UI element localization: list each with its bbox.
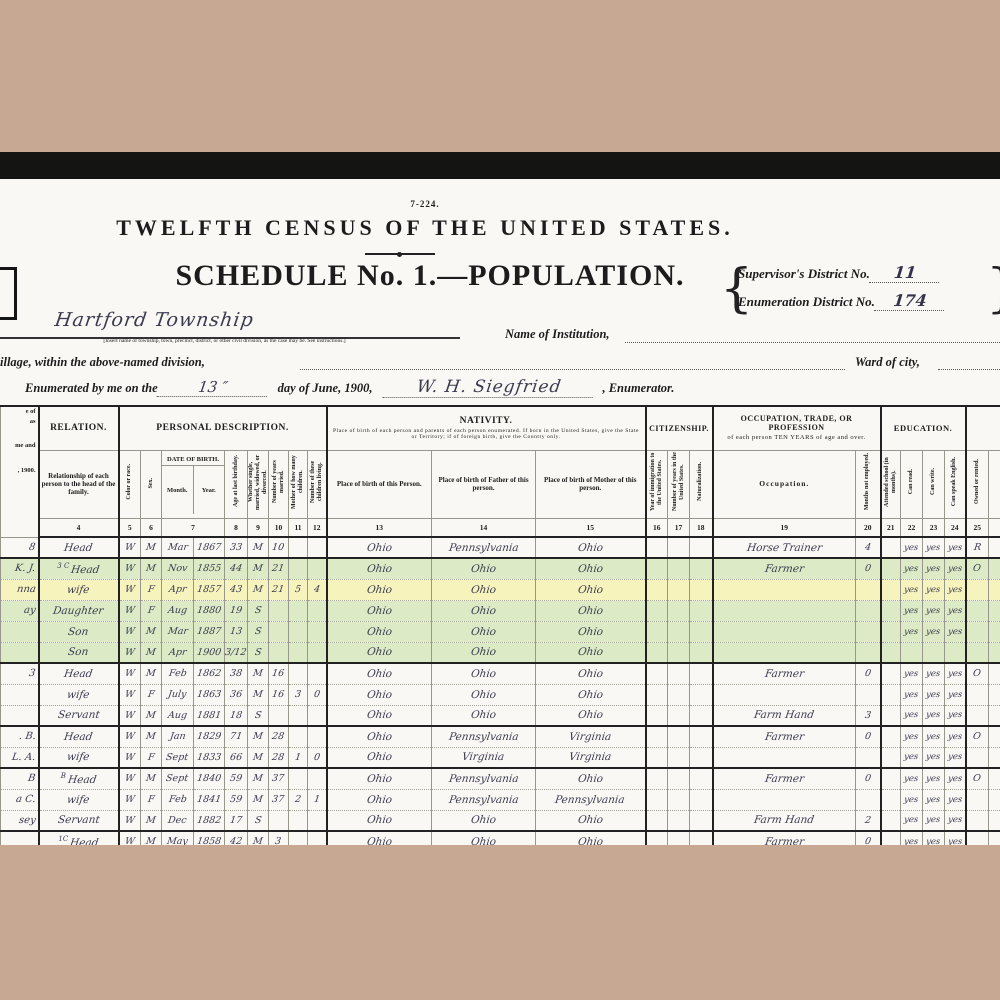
cell-years-in-us	[668, 726, 690, 747]
cell-marital: M	[248, 663, 269, 684]
cell-attended-school	[881, 705, 901, 726]
section-ownership-cut	[966, 406, 1000, 450]
scan-black-bar	[0, 152, 1000, 179]
cell-mother-of-children	[289, 537, 308, 558]
cell-can-speak: yes	[945, 810, 966, 831]
cell-marital: S	[248, 705, 269, 726]
cell-sex: F	[141, 747, 162, 768]
cell-color: W	[119, 600, 141, 621]
cell-cut	[989, 705, 1000, 726]
cell-months-unemployed: 3	[856, 705, 881, 726]
cell-mother-birthplace: Ohio	[536, 684, 646, 705]
cell-can-write	[923, 642, 945, 663]
cell-color: W	[119, 621, 141, 642]
cell-sex: M	[141, 663, 162, 684]
cell-birth-month: Mar	[162, 621, 194, 642]
col-num-19: 19	[713, 518, 856, 537]
cell-birthplace: Ohio	[327, 747, 432, 768]
cell-occupation	[713, 684, 856, 705]
cell-immigration-year	[646, 600, 668, 621]
cell-birth-year: 1840	[194, 768, 225, 789]
cell-name-fragment: 3	[1, 663, 39, 684]
cell-mother-of-children: 3	[289, 684, 308, 705]
cell-naturalization	[690, 684, 713, 705]
table-row: 3HeadWMFeb186238M16OhioOhioOhioFarmer0ye…	[1, 663, 1000, 684]
cell-birth-month: May	[162, 831, 194, 845]
enumerator-suffix: , Enumerator.	[602, 381, 674, 396]
cell-owned-rented	[966, 747, 989, 768]
cell-can-read: yes	[901, 831, 923, 845]
cell-birthplace: Ohio	[327, 600, 432, 621]
cell-marital: S	[248, 810, 269, 831]
cell-birth-year: 1867	[194, 537, 225, 558]
cell-marital: M	[248, 747, 269, 768]
cell-occupation: Horse Trainer	[713, 537, 856, 558]
cell-years-married: 3	[269, 831, 289, 845]
cell-birth-month: Feb	[162, 663, 194, 684]
col-header-can-speak-english: Can speak English.	[945, 450, 966, 518]
cell-birth-month: Nov	[162, 558, 194, 579]
cell-mother-of-children	[289, 810, 308, 831]
col-num-10: 10	[269, 518, 289, 537]
table-row: a C.wifeWFFeb184159M3721OhioPennsylvania…	[1, 789, 1000, 810]
cell-months-unemployed: 2	[856, 810, 881, 831]
cell-years-married: 28	[269, 747, 289, 768]
cell-birth-year: 1882	[194, 810, 225, 831]
cell-sex: M	[141, 831, 162, 845]
col-header-attended-school: Attended school (in months).	[881, 450, 901, 518]
cell-mother-birthplace: Ohio	[536, 663, 646, 684]
cell-naturalization	[690, 579, 713, 600]
cell-age: 71	[225, 726, 248, 747]
cell-birth-year: 1880	[194, 600, 225, 621]
col-header-mother-of-children: Mother of how many children.	[289, 450, 308, 518]
cell-naturalization	[690, 831, 713, 845]
cell-years-in-us	[668, 537, 690, 558]
cell-birthplace: Ohio	[327, 537, 432, 558]
cell-birthplace: Ohio	[327, 810, 432, 831]
enumeration-district-label: Enumeration District No.	[738, 294, 875, 310]
table-row: seyServantWMDec188217SOhioOhioOhioFarm H…	[1, 810, 1000, 831]
cell-can-write: yes	[923, 579, 945, 600]
cell-color: W	[119, 558, 141, 579]
cell-marital: S	[248, 642, 269, 663]
cell-attended-school	[881, 621, 901, 642]
cell-father-birthplace: Virginia	[432, 747, 536, 768]
cell-age: 3/12	[225, 642, 248, 663]
cell-can-speak: yes	[945, 768, 966, 789]
col-header-pob-father: Place of birth of Father of this person.	[432, 450, 536, 518]
cell-months-unemployed	[856, 621, 881, 642]
supervisor-district-value: 11	[869, 263, 941, 283]
cell-occupation: Farmer	[713, 768, 856, 789]
cell-occupation	[713, 642, 856, 663]
cell-birth-year: 1863	[194, 684, 225, 705]
cell-age: 59	[225, 789, 248, 810]
cell-can-write: yes	[923, 684, 945, 705]
cell-occupation: Farmer	[713, 726, 856, 747]
cell-years-married	[269, 705, 289, 726]
cell-relation: wife	[39, 747, 119, 768]
cell-marital: S	[248, 600, 269, 621]
cell-naturalization	[690, 726, 713, 747]
cell-birth-year: 1900	[194, 642, 225, 663]
col-num-12: 12	[308, 518, 327, 537]
form-number: 7-224.	[0, 199, 850, 209]
col-header-color: Color or race.	[119, 450, 141, 518]
cell-relation: wife	[39, 579, 119, 600]
cell-naturalization	[690, 768, 713, 789]
cell-immigration-year	[646, 663, 668, 684]
cell-naturalization	[690, 558, 713, 579]
col-header-marital: Whether single, married, widowed, or div…	[248, 450, 269, 518]
cell-months-unemployed	[856, 684, 881, 705]
col-header-month: Month.	[162, 487, 193, 494]
cell-cut	[989, 621, 1000, 642]
cell-occupation: Farm Hand	[713, 705, 856, 726]
cell-attended-school	[881, 684, 901, 705]
col-num-21: 21	[881, 518, 901, 537]
cell-father-birthplace: Pennsylvania	[432, 789, 536, 810]
cell-cut	[989, 768, 1000, 789]
table-row: BBHeadWMSept184059M37OhioPennsylvaniaOhi…	[1, 768, 1000, 789]
table-row: wifeWFJuly186336M1630OhioOhioOhioyesyesy…	[1, 684, 1000, 705]
col-num-9: 9	[248, 518, 269, 537]
cell-can-read: yes	[901, 621, 923, 642]
cell-relation: 3 CHead	[39, 558, 119, 579]
cell-age: 18	[225, 705, 248, 726]
col-num-14: 14	[432, 518, 536, 537]
enumerator-name: W. H. Siegfried	[383, 377, 596, 398]
cell-children-living	[308, 558, 327, 579]
scanned-census-page: 7-224. TWELFTH CENSUS OF THE UNITED STAT…	[0, 0, 1000, 1000]
cell-birth-year: 1881	[194, 705, 225, 726]
col-num-17: 17	[668, 518, 690, 537]
cell-owned-rented: O	[966, 663, 989, 684]
cell-mother-of-children	[289, 663, 308, 684]
census-document: 7-224. TWELFTH CENSUS OF THE UNITED STAT…	[0, 179, 1000, 845]
cell-cut	[989, 810, 1000, 831]
cell-years-married	[269, 621, 289, 642]
cell-age: 43	[225, 579, 248, 600]
cell-naturalization	[690, 747, 713, 768]
cell-naturalization	[690, 789, 713, 810]
cell-sex: M	[141, 537, 162, 558]
cell-years-married: 37	[269, 789, 289, 810]
cell-children-living: 0	[308, 684, 327, 705]
cell-owned-rented: O	[966, 726, 989, 747]
cell-immigration-year	[646, 621, 668, 642]
cell-months-unemployed: 0	[856, 768, 881, 789]
cell-marital: S	[248, 621, 269, 642]
cell-birthplace: Ohio	[327, 642, 432, 663]
col-header-relation-sub: Relationship of each person to the head …	[39, 450, 119, 518]
cell-years-in-us	[668, 642, 690, 663]
cell-color: W	[119, 684, 141, 705]
cell-can-speak: yes	[945, 537, 966, 558]
cell-can-write: yes	[923, 810, 945, 831]
cell-years-married: 16	[269, 684, 289, 705]
cell-months-unemployed: 0	[856, 558, 881, 579]
cell-years-married	[269, 600, 289, 621]
cell-cut	[989, 663, 1000, 684]
cell-owned-rented	[966, 789, 989, 810]
cell-age: 36	[225, 684, 248, 705]
cell-can-speak: yes	[945, 789, 966, 810]
cell-years-married: 21	[269, 579, 289, 600]
cell-mother-birthplace: Ohio	[536, 579, 646, 600]
cell-years-married: 28	[269, 726, 289, 747]
table-row: . B.HeadWMJan182971M28OhioPennsylvaniaVi…	[1, 726, 1000, 747]
cell-father-birthplace: Ohio	[432, 642, 536, 663]
cell-attended-school	[881, 747, 901, 768]
cell-mother-birthplace: Pennsylvania	[536, 789, 646, 810]
cell-birthplace: Ohio	[327, 558, 432, 579]
table-row: nnawifeWFApr185743M2154OhioOhioOhioyesye…	[1, 579, 1000, 600]
cell-can-speak: yes	[945, 579, 966, 600]
cell-owned-rented	[966, 579, 989, 600]
supervisor-district-label: Supervisor's District No.	[738, 266, 870, 282]
cell-children-living	[308, 621, 327, 642]
cell-age: 33	[225, 537, 248, 558]
cell-can-read: yes	[901, 579, 923, 600]
cell-name-fragment	[1, 831, 39, 845]
cell-name-fragment: L. A.	[1, 747, 39, 768]
col-header-pob-person: Place of birth of this Person.	[327, 450, 432, 518]
township-rule: Hartford Township	[0, 311, 460, 339]
cell-birth-month: Sept	[162, 747, 194, 768]
table-row: K. J.3 CHeadWMNov185544M21OhioOhioOhioFa…	[1, 558, 1000, 579]
cell-birth-month: Mar	[162, 537, 194, 558]
table-row: 1CHeadWMMay185842M3OhioOhioOhioFarmer0ye…	[1, 831, 1000, 845]
cell-immigration-year	[646, 684, 668, 705]
cell-birthplace: Ohio	[327, 789, 432, 810]
nativity-note: Place of birth of each person and parent…	[328, 428, 645, 441]
table-row: SonWMApr19003/12SOhioOhioOhio	[1, 642, 1000, 663]
cell-marital: M	[248, 831, 269, 845]
col-header-years-in-us: Number of years in the United States.	[668, 450, 690, 518]
cell-years-in-us	[668, 831, 690, 845]
cell-mother-birthplace: Ohio	[536, 831, 646, 845]
cell-father-birthplace: Ohio	[432, 579, 536, 600]
cell-can-speak: yes	[945, 726, 966, 747]
col-num-4: 4	[39, 518, 119, 537]
cell-children-living: 0	[308, 747, 327, 768]
institution-label: Name of Institution,	[505, 327, 610, 342]
cell-cut	[989, 726, 1000, 747]
enumeration-district-line: Enumeration District No. 174	[738, 291, 988, 311]
col-header-owned-or-rented: Owned or rented.	[966, 450, 989, 518]
cell-years-in-us	[668, 747, 690, 768]
col-header-can-write: Can write.	[923, 450, 945, 518]
cell-relation: Head	[39, 663, 119, 684]
col-header-children-living: Number of these children living.	[308, 450, 327, 518]
supervisor-district-line: Supervisor's District No. 11	[738, 263, 988, 283]
col-header-name-cut: e of as me and , 1900.	[1, 406, 39, 537]
cell-marital: M	[248, 726, 269, 747]
title-divider	[365, 253, 435, 255]
cell-occupation: Farmer	[713, 663, 856, 684]
cell-attended-school	[881, 663, 901, 684]
cell-age: 42	[225, 831, 248, 845]
cell-birth-month: Aug	[162, 600, 194, 621]
cell-mother-birthplace: Ohio	[536, 642, 646, 663]
village-rule	[300, 369, 845, 370]
cell-occupation: Farmer	[713, 831, 856, 845]
col-header-pob-mother: Place of birth of Mother of this person.	[536, 450, 646, 518]
cell-months-unemployed	[856, 789, 881, 810]
cell-attended-school	[881, 810, 901, 831]
col-header-year: Year.	[193, 466, 225, 514]
cell-marital: M	[248, 579, 269, 600]
table-row: ServantWMAug188118SOhioOhioOhioFarm Hand…	[1, 705, 1000, 726]
cell-mother-birthplace: Ohio	[536, 810, 646, 831]
cell-naturalization	[690, 663, 713, 684]
cell-attended-school	[881, 726, 901, 747]
cell-sex: M	[141, 726, 162, 747]
col-num-16: 16	[646, 518, 668, 537]
cell-birth-month: Apr	[162, 579, 194, 600]
cell-father-birthplace: Ohio	[432, 558, 536, 579]
cell-sex: M	[141, 810, 162, 831]
cell-relation: Son	[39, 621, 119, 642]
cell-color: W	[119, 579, 141, 600]
cell-naturalization	[690, 621, 713, 642]
cell-immigration-year	[646, 537, 668, 558]
section-occupation: OCCUPATION, TRADE, OR PROFESSION of each…	[713, 406, 881, 450]
cell-can-speak	[945, 642, 966, 663]
cell-birth-year: 1887	[194, 621, 225, 642]
cell-naturalization	[690, 642, 713, 663]
cell-can-read: yes	[901, 705, 923, 726]
col-num-23: 23	[923, 518, 945, 537]
cell-relation: Son	[39, 642, 119, 663]
cell-immigration-year	[646, 642, 668, 663]
cell-cut	[989, 684, 1000, 705]
col-header-occupation: Occupation.	[713, 450, 856, 518]
cell-owned-rented	[966, 642, 989, 663]
cell-name-fragment: K. J.	[1, 558, 39, 579]
cell-years-in-us	[668, 663, 690, 684]
cell-sex: M	[141, 768, 162, 789]
cell-years-in-us	[668, 768, 690, 789]
township-note: [Insert name of township, town, precinct…	[52, 338, 397, 344]
cell-mother-birthplace: Ohio	[536, 537, 646, 558]
cell-attended-school	[881, 537, 901, 558]
cell-attended-school	[881, 600, 901, 621]
cell-can-speak: yes	[945, 558, 966, 579]
cell-name-fragment	[1, 621, 39, 642]
cell-immigration-year	[646, 789, 668, 810]
cell-cut	[989, 642, 1000, 663]
cell-cut	[989, 831, 1000, 845]
cell-age: 66	[225, 747, 248, 768]
section-citizenship: CITIZENSHIP.	[646, 406, 713, 450]
col-num-15: 15	[536, 518, 646, 537]
cell-birthplace: Ohio	[327, 768, 432, 789]
col-header-sex: Sex.	[141, 450, 162, 518]
cell-marital: M	[248, 558, 269, 579]
cell-birthplace: Ohio	[327, 579, 432, 600]
cell-immigration-year	[646, 768, 668, 789]
cell-relation: Servant	[39, 705, 119, 726]
cell-attended-school	[881, 558, 901, 579]
township-value: Hartford Township	[53, 309, 255, 331]
cell-years-in-us	[668, 705, 690, 726]
col-num-22: 22	[901, 518, 923, 537]
col-num-cut	[989, 518, 1000, 537]
cell-marital: M	[248, 537, 269, 558]
cell-can-read: yes	[901, 726, 923, 747]
enumerated-day: 13 ″	[156, 378, 269, 397]
cell-owned-rented	[966, 684, 989, 705]
cell-father-birthplace: Pennsylvania	[432, 726, 536, 747]
cell-occupation	[713, 789, 856, 810]
cell-birth-year: 1829	[194, 726, 225, 747]
cell-birthplace: Ohio	[327, 705, 432, 726]
cell-years-in-us	[668, 684, 690, 705]
cell-name-fragment: ay	[1, 600, 39, 621]
section-nativity: NATIVITY. Place of birth of each person …	[327, 406, 646, 450]
cell-mother-of-children	[289, 600, 308, 621]
cell-sex: M	[141, 705, 162, 726]
cell-color: W	[119, 747, 141, 768]
cell-children-living: 4	[308, 579, 327, 600]
col-header-can-read: Can read.	[901, 450, 923, 518]
cell-children-living	[308, 600, 327, 621]
ward-rule	[938, 369, 1000, 370]
cell-months-unemployed: 4	[856, 537, 881, 558]
cell-years-in-us	[668, 621, 690, 642]
cell-owned-rented	[966, 621, 989, 642]
cell-color: W	[119, 810, 141, 831]
cell-birthplace: Ohio	[327, 831, 432, 845]
census-title: TWELFTH CENSUS OF THE UNITED STATES.	[0, 215, 850, 241]
cell-sex: F	[141, 789, 162, 810]
cell-can-speak: yes	[945, 621, 966, 642]
cell-immigration-year	[646, 747, 668, 768]
cell-can-read: yes	[901, 789, 923, 810]
cell-cut	[989, 537, 1000, 558]
cell-can-write: yes	[923, 600, 945, 621]
cell-attended-school	[881, 831, 901, 845]
cell-can-write: yes	[923, 621, 945, 642]
cell-birth-month: Aug	[162, 705, 194, 726]
cell-months-unemployed: 0	[856, 831, 881, 845]
cell-occupation	[713, 579, 856, 600]
cell-cut	[989, 789, 1000, 810]
table-row: SonWMMar188713SOhioOhioOhioyesyesyes	[1, 621, 1000, 642]
cell-name-fragment: sey	[1, 810, 39, 831]
cell-mother-of-children: 2	[289, 789, 308, 810]
enumeration-district-value: 174	[874, 291, 946, 311]
cell-months-unemployed: 0	[856, 726, 881, 747]
census-table: e of as me and , 1900. RELATION. PERSONA…	[0, 405, 1000, 845]
cell-name-fragment	[1, 705, 39, 726]
cell-attended-school	[881, 789, 901, 810]
cell-cut	[989, 600, 1000, 621]
cell-owned-rented: O	[966, 768, 989, 789]
cell-birthplace: Ohio	[327, 663, 432, 684]
cell-children-living	[308, 810, 327, 831]
cell-father-birthplace: Pennsylvania	[432, 537, 536, 558]
cell-color: W	[119, 768, 141, 789]
cell-father-birthplace: Ohio	[432, 810, 536, 831]
cell-mother-of-children: 5	[289, 579, 308, 600]
cell-can-speak: yes	[945, 600, 966, 621]
cell-immigration-year	[646, 810, 668, 831]
cell-owned-rented	[966, 705, 989, 726]
